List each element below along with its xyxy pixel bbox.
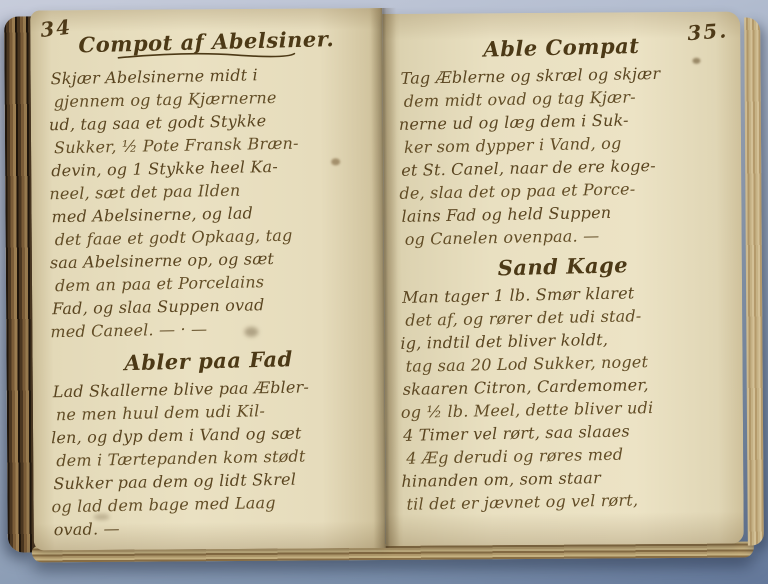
left-page: 34 Compot af Abelsiner. Skjær Abelsinern… — [30, 8, 386, 550]
recipe-section-abler-paa-fad: Abler paa Fad Lad Skallerne blive paa Æb… — [32, 339, 385, 539]
recipe-body: Lad Skallerne blive paa Æbler- ne men hu… — [33, 372, 386, 539]
book-gutter-shadow — [370, 8, 400, 548]
recipe-body: Tag Æblerne og skræl og skjær dem midt o… — [382, 59, 741, 249]
recipe-section-compot-af-abelsiner: Compot af Abelsiner. Skjær Abelsinerne m… — [30, 8, 384, 341]
left-page-content: 34 Compot af Abelsiner. Skjær Abelsinern… — [30, 8, 386, 550]
recipe-section-sand-kage: Sand Kage Man tager 1 lb. Smør klaret de… — [384, 247, 744, 514]
recipe-body: Man tager 1 lb. Smør klaret det af, og r… — [384, 278, 744, 514]
right-page: 35. Able Compat Tag Æblerne og skræl og … — [382, 12, 744, 546]
recipe-section-able-compat: Able Compat Tag Æblerne og skræl og skjæ… — [382, 12, 742, 249]
open-book: 34 Compot af Abelsiner. Skjær Abelsinern… — [4, 1, 764, 562]
manuscript-line: ovad. — — [54, 512, 374, 541]
page-edges-right — [744, 17, 764, 545]
recipe-heading: Compot af Abelsiner. — [30, 23, 383, 59]
right-page-content: 35. Able Compat Tag Æblerne og skræl og … — [382, 12, 744, 546]
recipe-body: Skjær Abelsinerne midt i gjennem og tag … — [30, 59, 384, 341]
manuscript-photo: 34 Compot af Abelsiner. Skjær Abelsinern… — [0, 0, 768, 584]
manuscript-line: til det er jævnet og vel rørt, — [406, 487, 727, 516]
